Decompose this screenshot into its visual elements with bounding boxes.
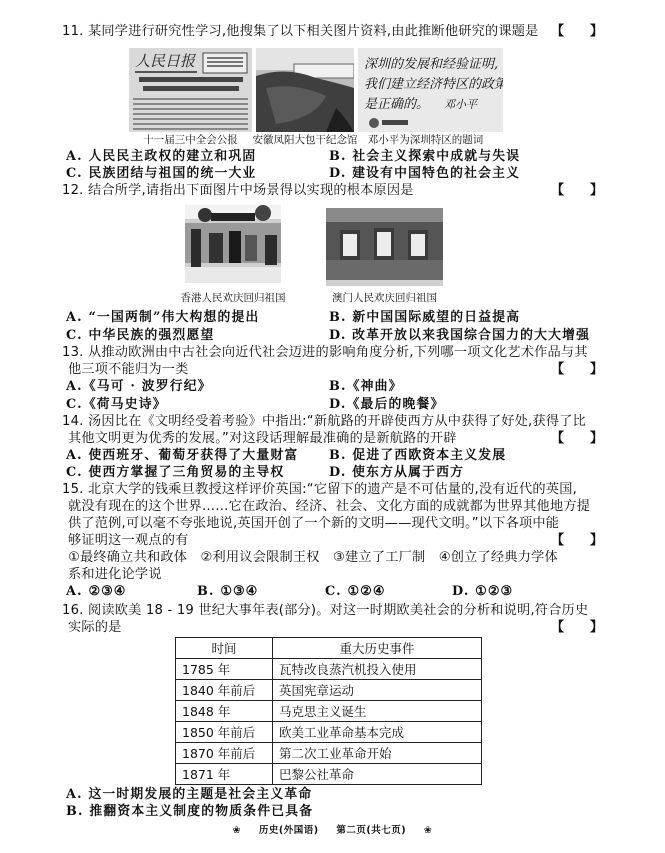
table-cell-time: 1871 年 <box>176 764 273 785</box>
table-row: 1850 年前后 欧美工业革命基本完成 <box>176 722 482 743</box>
table-cell-event: 英国宪章运动 <box>273 680 482 701</box>
q11-caption-2: 安徽凤阳大包干纪念馆 <box>246 134 364 147</box>
q16-stem-line-2: 实际的是 <box>68 619 605 636</box>
q14-stem-line-2: 其他文明更为优秀的发展。”对这段话理解最准确的是新航路的开辟 <box>68 430 605 447</box>
hongkong-celebration-illustration <box>185 205 281 283</box>
q15-items-line-1: ①最终确立共和政体 ②利用议会限制王权 ③建立了工厂制 ④创立了经典力学体 <box>68 549 605 566</box>
memorial-stone-illustration <box>256 48 354 132</box>
table-header-event: 重大历史事件 <box>273 638 482 659</box>
svg-text:深圳的发展和经验证明,: 深圳的发展和经验证明, <box>364 57 498 72</box>
q16-stem-line-1: 16. 阅读欧美 18 - 19 世纪大事年表(部分)。对这一时期欧美社会的分析… <box>62 602 605 619</box>
footer-page-number: 第二页(共七页) <box>336 825 406 836</box>
q12-option-c[interactable]: C. 中华民族的强烈愿望 <box>66 327 214 344</box>
table-cell-event: 马克思主义诞生 <box>273 701 482 722</box>
q14-option-d[interactable]: D. 使东方从属于西方 <box>329 464 464 481</box>
table-row: 1848 年 马克思主义诞生 <box>176 701 482 722</box>
q11-caption-1: 十一届三中全会公报 <box>129 134 252 147</box>
q15-answer-bracket: 【 】 <box>551 532 603 549</box>
q12-answer-bracket: 【 】 <box>551 182 603 199</box>
q11-option-d[interactable]: D. 建设有中国特色的社会主义 <box>329 165 520 182</box>
q15-option-a[interactable]: A. ②③④ <box>66 583 126 600</box>
footer-subject: 历史(外国语) <box>259 825 319 836</box>
flower-ornament-icon: ❀ <box>424 825 432 836</box>
table-cell-time: 1850 年前后 <box>176 722 273 743</box>
q11-option-a[interactable]: A. 人民民主政权的建立和巩固 <box>66 148 256 165</box>
q15-stem-line-2: 就没有现在的这个世界……它在政治、经济、社会、文化方面的成就都为世界其他地方提 <box>68 498 605 515</box>
table-cell-time: 1870 年前后 <box>176 743 273 764</box>
q11-stem: 11. 某同学进行研究性学习,他搜集了以下相关图片资料,由此推断他研究的课题是 <box>62 23 605 40</box>
table-row: 1840 年前后 英国宪章运动 <box>176 680 482 701</box>
q11-newspaper-image: 人民日报 <box>129 48 252 132</box>
table-row: 1871 年 巴黎公社革命 <box>176 764 482 785</box>
q14-answer-bracket: 【 】 <box>551 430 603 447</box>
page-footer: ❀ 历史(外国语) 第二页(共七页) ❀ <box>0 822 665 836</box>
table-row: 1785 年 瓦特改良蒸汽机投入使用 <box>176 659 482 680</box>
q13-option-d[interactable]: D.《最后的晚餐》 <box>329 396 444 413</box>
q14-option-b[interactable]: B. 促进了西欧资本主义发展 <box>329 447 506 464</box>
table-header-row: 时间 重大历史事件 <box>176 638 482 659</box>
table-cell-time: 1840 年前后 <box>176 680 273 701</box>
flower-ornament-icon: ❀ <box>233 825 241 836</box>
q12-hongkong-image <box>185 205 281 283</box>
q13-stem-line-2: 他三项不能归为一类 <box>68 361 605 378</box>
q12-caption-1: 香港人民欢庆回归祖国 <box>178 292 288 305</box>
q13-option-b[interactable]: B.《神曲》 <box>329 378 403 395</box>
table-header-time: 时间 <box>176 638 273 659</box>
q13-answer-bracket: 【 】 <box>551 361 603 378</box>
q14-option-c[interactable]: C. 使西方掌握了三角贸易的主导权 <box>66 464 284 481</box>
q15-option-b[interactable]: B. ①③④ <box>197 583 258 600</box>
q11-caption-3: 邓小平为深圳特区的题词 <box>358 134 493 147</box>
q15-option-c[interactable]: C. ①②④ <box>325 583 386 600</box>
q12-option-a[interactable]: A. “一国两制”伟大构想的提出 <box>66 309 260 326</box>
q11-option-c[interactable]: C. 民族团结与祖国的统一大业 <box>66 165 256 182</box>
q12-option-b[interactable]: B. 新中国国际威望的日益提高 <box>329 309 520 326</box>
table-cell-event: 第二次工业革命开始 <box>273 743 482 764</box>
macau-parade-illustration <box>326 208 443 286</box>
table-cell-time: 1785 年 <box>176 659 273 680</box>
q15-option-d[interactable]: D. ①②③ <box>452 583 513 600</box>
q12-stem: 12. 结合所学,请指出下面图片中场景得以实现的根本原因是 <box>62 182 605 199</box>
q12-option-d[interactable]: D. 改革开放以来我国综合国力的大大增强 <box>329 327 590 344</box>
svg-text:邓小平: 邓小平 <box>444 98 479 111</box>
q15-stem-line-3: 供了范例,可以毫不夸张地说,英国开创了一个新的文明——现代文明。”以下各项中能 <box>68 515 605 532</box>
q12-macau-image <box>326 208 443 286</box>
q16-option-b[interactable]: B. 推翻资本主义制度的物质条件已具备 <box>66 803 313 820</box>
q16-option-a[interactable]: A. 这一时期发展的主题是社会主义革命 <box>66 786 312 803</box>
table-cell-time: 1848 年 <box>176 701 273 722</box>
q16-answer-bracket: 【 】 <box>551 619 603 636</box>
q13-option-c[interactable]: C.《荷马史诗》 <box>66 396 167 413</box>
q11-answer-bracket: 【 】 <box>551 23 603 40</box>
svg-text:是正确的。: 是正确的。 <box>364 97 429 112</box>
q11-calligraphy-image: 深圳的发展和经验证明, 我们建立经济特区的政策 是正确的。 邓小平 <box>358 48 503 132</box>
q14-stem-line-1: 14. 汤因比在《文明经受着考验》中指出:“新航路的开辟使西方从中获得了好处,获… <box>62 413 605 430</box>
svg-text:我们建立经济特区的政策: 我们建立经济特区的政策 <box>364 76 503 92</box>
q11-option-b[interactable]: B. 社会主义探索中成就与失误 <box>329 148 520 165</box>
q11-memorial-image <box>256 48 354 132</box>
q13-option-a[interactable]: A.《马可 · 波罗行纪》 <box>66 378 212 395</box>
table-cell-event: 巴黎公社革命 <box>273 764 482 785</box>
table-cell-event: 瓦特改良蒸汽机投入使用 <box>273 659 482 680</box>
table-row: 1870 年前后 第二次工业革命开始 <box>176 743 482 764</box>
exam-page: 11. 某同学进行研究性学习,他搜集了以下相关图片资料,由此推断他研究的课题是 … <box>0 0 665 853</box>
q15-stem-line-1: 15. 北京大学的钱乘旦教授这样评价英国:“它留下的遗产是不可估量的,没有近代的… <box>62 481 605 498</box>
calligraphy-illustration: 深圳的发展和经验证明, 我们建立经济特区的政策 是正确的。 邓小平 <box>358 48 503 132</box>
q16-events-table: 时间 重大历史事件 1785 年 瓦特改良蒸汽机投入使用 1840 年前后 英国… <box>175 637 482 785</box>
q15-items-line-2: 系和进化论学说 <box>68 566 605 583</box>
q13-stem-line-1: 13. 从推动欧洲由中古社会向近代社会迈进的影响角度分析,下列哪一项文化艺术作品… <box>62 344 605 361</box>
q15-stem-line-4: 够证明这一观点的有 <box>68 532 605 549</box>
newspaper-illustration: 人民日报 <box>129 48 252 132</box>
q14-option-a[interactable]: A. 使西班牙、葡萄牙获得了大量财富 <box>66 447 298 464</box>
table-cell-event: 欧美工业革命基本完成 <box>273 722 482 743</box>
q12-caption-2: 澳门人民欢庆回归祖国 <box>326 292 443 305</box>
svg-text:人民日报: 人民日报 <box>135 52 197 70</box>
